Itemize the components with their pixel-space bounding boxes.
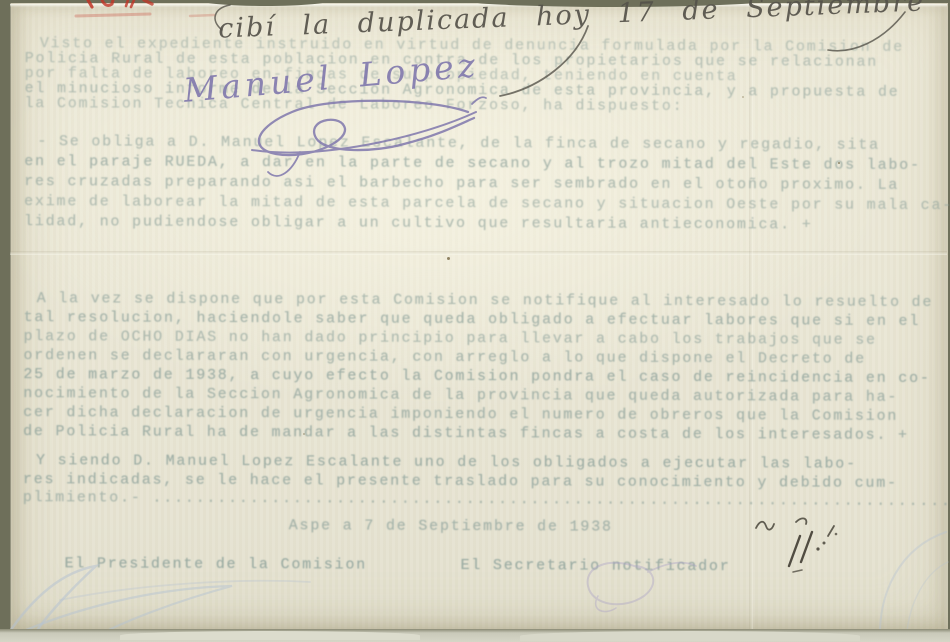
signature-rubric <box>0 0 950 642</box>
next-page-edge <box>0 629 950 642</box>
next-page-edge-curve <box>520 631 860 641</box>
next-page-edge-curve <box>120 631 420 640</box>
document-scan: Visto el expediente instruido en virtud … <box>0 0 950 642</box>
